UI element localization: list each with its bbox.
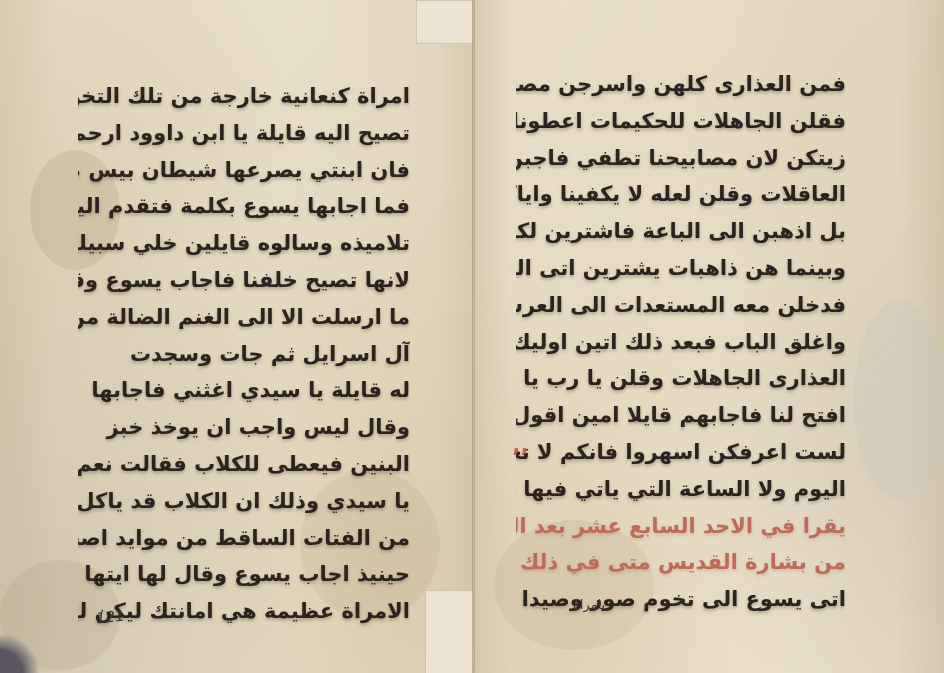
line-text: من الفتات الساقط من موايد اصحابها — [78, 526, 410, 550]
line-text: الامراة عظيمة هي امانتك ليكن لك — [78, 599, 410, 623]
line-text: العاقلات وقلن لعله لا يكفينا واياكن — [516, 182, 846, 206]
line-text: اليوم ولا الساعة التي ياتي فيها ابن البش… — [516, 477, 846, 501]
text-line: آل اسرايل ثم جات وسجدت — [78, 336, 410, 373]
text-line: فدخلن معه المستعدات الى العرس — [516, 287, 846, 324]
text-line: وبينما هن ذاهبات يشترين اتى الختن — [516, 250, 846, 287]
line-text: افتح لنا فاجابهم قايلا امين اقول لكن — [516, 403, 846, 427]
line-text: يا سيدي وذلك ان الكلاب قد ياكل — [78, 489, 410, 513]
stain — [854, 300, 944, 500]
catchword: بامراة — [573, 598, 605, 613]
paper-repair-patch — [416, 0, 474, 44]
text-line: حينيذ اجاب يسوع وقال لها ايتها — [78, 556, 410, 593]
text-line: ما ارسلت الا الى الغنم الضالة من — [78, 299, 410, 336]
line-text: فدخلن معه المستعدات الى العرس — [516, 293, 846, 317]
binding-gutter — [472, 0, 475, 673]
text-line: امراة كنعانية خارجة من تلك التخوم — [78, 78, 410, 115]
line-text: واغلق الباب فبعد ذلك اتين اوليك — [516, 330, 846, 354]
text-line: من الفتات الساقط من موايد اصحابها — [78, 520, 410, 557]
rubric-line: من بشارة القديس متى في ذلك الزمان — [516, 544, 846, 581]
line-text: فمن العذارى كلهن واسرجن مصابيحهن — [516, 72, 846, 96]
line-text: فان ابنتي يصرعها شيطان بيس صروع — [78, 158, 410, 182]
text-line: بل اذهبن الى الباعة فاشترين لكن — [516, 213, 846, 250]
text-line: اليوم ولا الساعة التي ياتي فيها ابن البش… — [516, 471, 846, 508]
folio-number: 121 — [95, 607, 125, 628]
rubric-line: يقرا في الاحد السابع عشر بعد العنصرة — [516, 508, 846, 545]
line-text: زيتكن لان مصابيحنا تطفي فاجبن — [516, 146, 846, 170]
line-text: اتى يسوع الى تخوم صور وصيدا اذا — [516, 587, 846, 611]
paper-repair-patch — [425, 590, 474, 673]
line-text: تلاميذه وسالوه قايلين خلي سبيلها — [78, 231, 410, 255]
text-line: فقلن الجاهلات للحكيمات اعطونا من — [516, 103, 846, 140]
text-line: فمن العذارى كلهن واسرجن مصابيحهن — [516, 66, 846, 103]
text-line: تلاميذه وسالوه قايلين خلي سبيلها — [78, 225, 410, 262]
text-line: تصيح اليه قايلة يا ابن داوود ارحمني — [78, 115, 410, 152]
line-text: وبينما هن ذاهبات يشترين اتى الختن — [516, 256, 846, 280]
text-line: البنين فيعطى للكلاب فقالت نعم — [78, 446, 410, 483]
line-text: آل اسرايل ثم جات وسجدت — [130, 342, 410, 366]
text-line: له قايلة يا سيدي اغثني فاجابها — [78, 372, 410, 409]
text-line: الامراة عظيمة هي امانتك ليكن لك — [78, 593, 410, 630]
line-text: العذارى الجاهلات وقلن يا رب يا رب — [516, 366, 846, 390]
text-line: وقال ليس واجب ان يوخذ خبز — [78, 409, 410, 446]
text-line: فان ابنتي يصرعها شيطان بيس صروع — [78, 152, 410, 189]
line-text: له قايلة يا سيدي اغثني فاجابها — [91, 378, 410, 402]
margin-section-mark: ٬٬ — [512, 445, 529, 470]
line-text: يقرا في الاحد السابع عشر بعد العنصرة — [516, 514, 846, 538]
line-text: فما اجابها يسوع بكلمة فتقدم اليه — [78, 194, 410, 218]
text-line: افتح لنا فاجابهم قايلا امين اقول لكن — [516, 397, 846, 434]
text-line: واغلق الباب فبعد ذلك اتين اوليك — [516, 324, 846, 361]
page-edge-shadow — [0, 633, 40, 673]
left-text-block: امراة كنعانية خارجة من تلك التخوم تصيح ا… — [78, 78, 410, 630]
line-text: بل اذهبن الى الباعة فاشترين لكن — [516, 219, 846, 243]
line-text: من بشارة القديس متى في ذلك الزمان — [516, 550, 846, 574]
text-line: لانها تصيح خلفنا فاجاب يسوع وقال — [78, 262, 410, 299]
text-line: العاقلات وقلن لعله لا يكفينا واياكن — [516, 176, 846, 213]
line-text: فقلن الجاهلات للحكيمات اعطونا من — [516, 109, 846, 133]
right-text-block: فمن العذارى كلهن واسرجن مصابيحهن فقلن ال… — [516, 66, 846, 618]
text-line: اتى يسوع الى تخوم صور وصيدا اذا — [516, 581, 846, 618]
text-line: لست اعرفكن اسهروا فانكم لا تعلموا — [516, 434, 846, 471]
line-text: البنين فيعطى للكلاب فقالت نعم — [78, 452, 410, 476]
line-text: وقال ليس واجب ان يوخذ خبز — [107, 415, 410, 439]
text-line: العذارى الجاهلات وقلن يا رب يا رب — [516, 360, 846, 397]
line-text: ما ارسلت الا الى الغنم الضالة من — [78, 305, 410, 329]
text-line: يا سيدي وذلك ان الكلاب قد ياكل — [78, 483, 410, 520]
line-text: لست اعرفكن اسهروا فانكم لا تعلموا — [516, 440, 846, 464]
line-text: تصيح اليه قايلة يا ابن داوود ارحمني — [78, 121, 410, 145]
line-text: امراة كنعانية خارجة من تلك التخوم — [78, 84, 410, 108]
manuscript-spread: امراة كنعانية خارجة من تلك التخوم تصيح ا… — [0, 0, 944, 673]
text-line: زيتكن لان مصابيحنا تطفي فاجبن — [516, 140, 846, 177]
line-text: لانها تصيح خلفنا فاجاب يسوع وقال — [78, 268, 410, 292]
line-text: حينيذ اجاب يسوع وقال لها ايتها — [84, 562, 410, 586]
text-line: فما اجابها يسوع بكلمة فتقدم اليه — [78, 188, 410, 225]
